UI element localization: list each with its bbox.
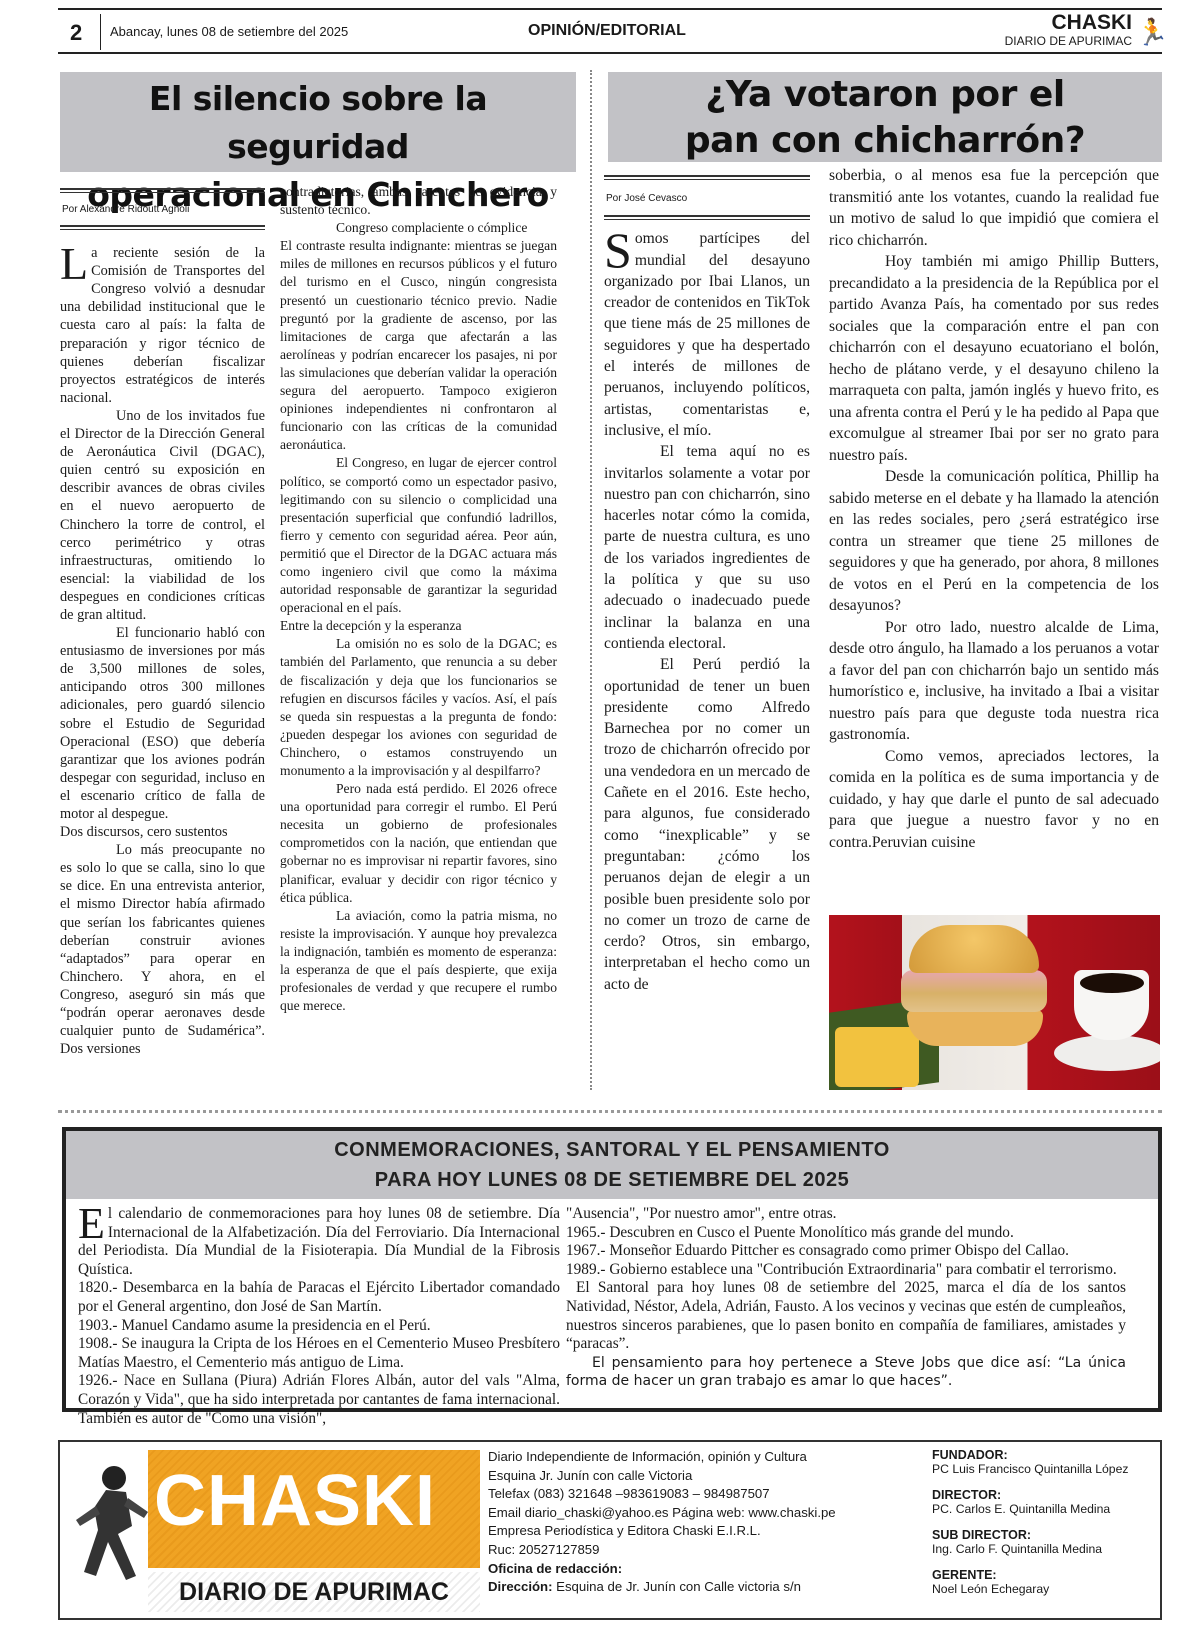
event-item: 1820.- Desembarca en la bahía de Paracas… <box>78 1279 560 1316</box>
bun-top <box>909 925 1039 973</box>
drop-cap: S <box>604 230 635 270</box>
paragraph: Hoy también mi amigo Phillip Butters, pr… <box>829 251 1159 466</box>
headline-right-line1: ¿Ya votaron por el <box>608 72 1162 118</box>
staff-entry: GERENTE:Noel León Echegaray <box>932 1568 1128 1596</box>
logo-subtitle: DIARIO DE APURIMAC <box>148 1572 480 1612</box>
paragraph: La reciente sesión de la Comisión de Tra… <box>60 244 265 407</box>
paragraph: contradictorias, ambas carentes de evide… <box>280 183 557 219</box>
paragraph: La aviación, como la patria misma, no re… <box>280 907 557 1016</box>
event-item: 1903.- Manuel Candamo asume la presidenc… <box>78 1317 560 1336</box>
drop-cap: E <box>78 1207 108 1241</box>
paragraph: Desde la comunicación política, Phillip … <box>829 466 1159 617</box>
brand-subtitle: DIARIO DE APURIMAC <box>1005 34 1132 48</box>
chaski-runner-icon <box>66 1456 156 1606</box>
subheading: Congreso complaciente o cómplice <box>280 219 557 237</box>
subheading: Entre la decepción y la esperanza <box>280 617 557 635</box>
article-right-column-1: Por José Cevasco Somos partícipes del mu… <box>604 175 810 995</box>
event-item: 1908.- Se inaugura la Cripta de los Héro… <box>78 1335 560 1372</box>
info-line: Diario Independiente de Información, opi… <box>488 1448 836 1467</box>
section-divider <box>58 1110 1162 1113</box>
paragraph: La omisión no es solo de la DGAC; es tam… <box>280 635 557 780</box>
masthead-brand: CHASKI DIARIO DE APURIMAC <box>1005 12 1132 48</box>
column-divider <box>590 70 592 1090</box>
office-label: Oficina de redacción: <box>488 1561 622 1576</box>
sandwich-filling <box>901 970 1047 1012</box>
info-line: Telefax (083) 321648 –983619083 – 984987… <box>488 1485 836 1504</box>
coffee <box>1080 973 1144 993</box>
paragraph: Por otro lado, nuestro alcalde de Lima, … <box>829 617 1159 746</box>
staff-entry: FUNDADOR:PC Luis Francisco Quintanilla L… <box>932 1448 1128 1476</box>
article-left-column-1: Por Alexandre Ridoutt Agnoli La reciente… <box>60 188 265 1058</box>
headline-left: El silencio sobre la seguridad operacion… <box>60 72 576 172</box>
event-item: 1965.- Descubren en Cusco el Puente Mono… <box>566 1224 1126 1243</box>
paragraph: El contraste resulta indignante: mientra… <box>280 237 557 454</box>
paragraph: Somos partícipes del mundial del desayun… <box>604 228 810 441</box>
paragraph: El funcionario habló con entusiasmo de i… <box>60 624 265 823</box>
info-line: Empresa Periodística y Editora Chaski E.… <box>488 1522 836 1541</box>
logo-text: CHASKI <box>154 1460 436 1542</box>
commemorations-title-1: CONMEMORACIONES, SANTORAL Y EL PENSAMIEN… <box>66 1135 1158 1165</box>
staff-entry: SUB DIRECTOR:Ing. Carlo F. Quintanilla M… <box>932 1528 1128 1556</box>
publisher-info: Diario Independiente de Información, opi… <box>488 1448 836 1597</box>
commemorations-header: CONMEMORACIONES, SANTORAL Y EL PENSAMIEN… <box>66 1131 1158 1199</box>
info-line: Esquina Jr. Junín con calle Victoria <box>488 1467 836 1486</box>
subheading: Dos discursos, cero sustentos <box>60 823 265 841</box>
page-number: 2 <box>70 20 82 46</box>
paragraph: El calendario de conmemoraciones para ho… <box>78 1205 560 1279</box>
article-photo-pan-con-chicharron <box>829 915 1160 1090</box>
section-title: OPINIÓN/EDITORIAL <box>528 22 686 40</box>
brand-name: CHASKI <box>1005 12 1132 34</box>
event-item: "Ausencia", "Por nuestro amor", entre ot… <box>566 1205 1126 1224</box>
paragraph: Lo más preocupante no es solo lo que se … <box>60 841 265 1058</box>
event-item: 1989.- Gobierno establece una "Contribuc… <box>566 1261 1126 1280</box>
byline: Por José Cevasco <box>604 180 810 215</box>
byline: Por Alexandre Ridoutt Agnoli <box>60 193 265 225</box>
paragraph: Uno de los invitados fue el Director de … <box>60 407 265 624</box>
quote-paragraph: El pensamiento para hoy pertenece a Stev… <box>566 1354 1126 1391</box>
byline-rule-bottom <box>60 225 265 230</box>
paragraph: El tema aquí no es invitarlos solamente … <box>604 441 810 654</box>
footer-colophon: CHASKI DIARIO DE APURIMAC Diario Indepen… <box>58 1440 1162 1620</box>
staff-list: FUNDADOR:PC Luis Francisco Quintanilla L… <box>932 1448 1128 1608</box>
headline-right-line2: pan con chicharrón? <box>608 118 1162 164</box>
santoral-paragraph: El Santoral para hoy lunes 08 de setiemb… <box>566 1279 1126 1353</box>
headline-left-line1: El silencio sobre la seguridad <box>60 75 576 171</box>
event-item: 1967.- Monseñor Eduardo Pittcher es cons… <box>566 1242 1126 1261</box>
issue-date: Abancay, lunes 08 de setiembre del 2025 <box>110 24 348 39</box>
headline-right: ¿Ya votaron por el pan con chicharrón? <box>608 72 1162 162</box>
byline-rule-bottom <box>604 215 810 220</box>
saucer <box>1054 1035 1160 1071</box>
drop-cap: L <box>60 246 91 282</box>
paragraph: El Congreso, en lugar de ejercer control… <box>280 454 557 617</box>
paragraph: Pero nada está perdido. El 2026 ofrece u… <box>280 780 557 907</box>
commemorations-left-column: El calendario de conmemoraciones para ho… <box>78 1205 560 1428</box>
masthead-divider <box>100 14 101 50</box>
paragraph: Como vemos, apreciados lectores, la comi… <box>829 746 1159 854</box>
ruc-line: Ruc: 20527127859 <box>488 1541 836 1560</box>
staff-entry: DIRECTOR:PC. Carlos E. Quintanilla Medin… <box>932 1488 1128 1516</box>
runner-icon: 🏃 <box>1136 15 1158 51</box>
address-label: Dirección: <box>488 1579 553 1594</box>
paragraph: soberbia, o al menos esa fue la percepci… <box>829 165 1159 251</box>
article-left-column-2: contradictorias, ambas carentes de evide… <box>280 183 557 1015</box>
email-web-line: Email diario_chaski@yahoo.es Página web:… <box>488 1504 836 1523</box>
article-right-column-2: soberbia, o al menos esa fue la percepci… <box>829 165 1159 853</box>
event-item: 1926.- Nace en Sullana (Piura) Adrián Fl… <box>78 1372 560 1428</box>
commemorations-title-2: PARA HOY LUNES 08 DE SETIEMBRE DEL 2025 <box>66 1165 1158 1195</box>
address-value: Esquina de Jr. Junín con Calle victoria … <box>553 1579 802 1594</box>
page-masthead: 2 Abancay, lunes 08 de setiembre del 202… <box>58 8 1162 54</box>
commemorations-box: CONMEMORACIONES, SANTORAL Y EL PENSAMIEN… <box>62 1127 1162 1412</box>
commemorations-right-column: "Ausencia", "Por nuestro amor", entre ot… <box>566 1205 1126 1391</box>
paragraph: El Perú perdió la oportunidad de tener u… <box>604 654 810 995</box>
tamal <box>835 1027 919 1087</box>
bun-bottom <box>907 1010 1043 1046</box>
